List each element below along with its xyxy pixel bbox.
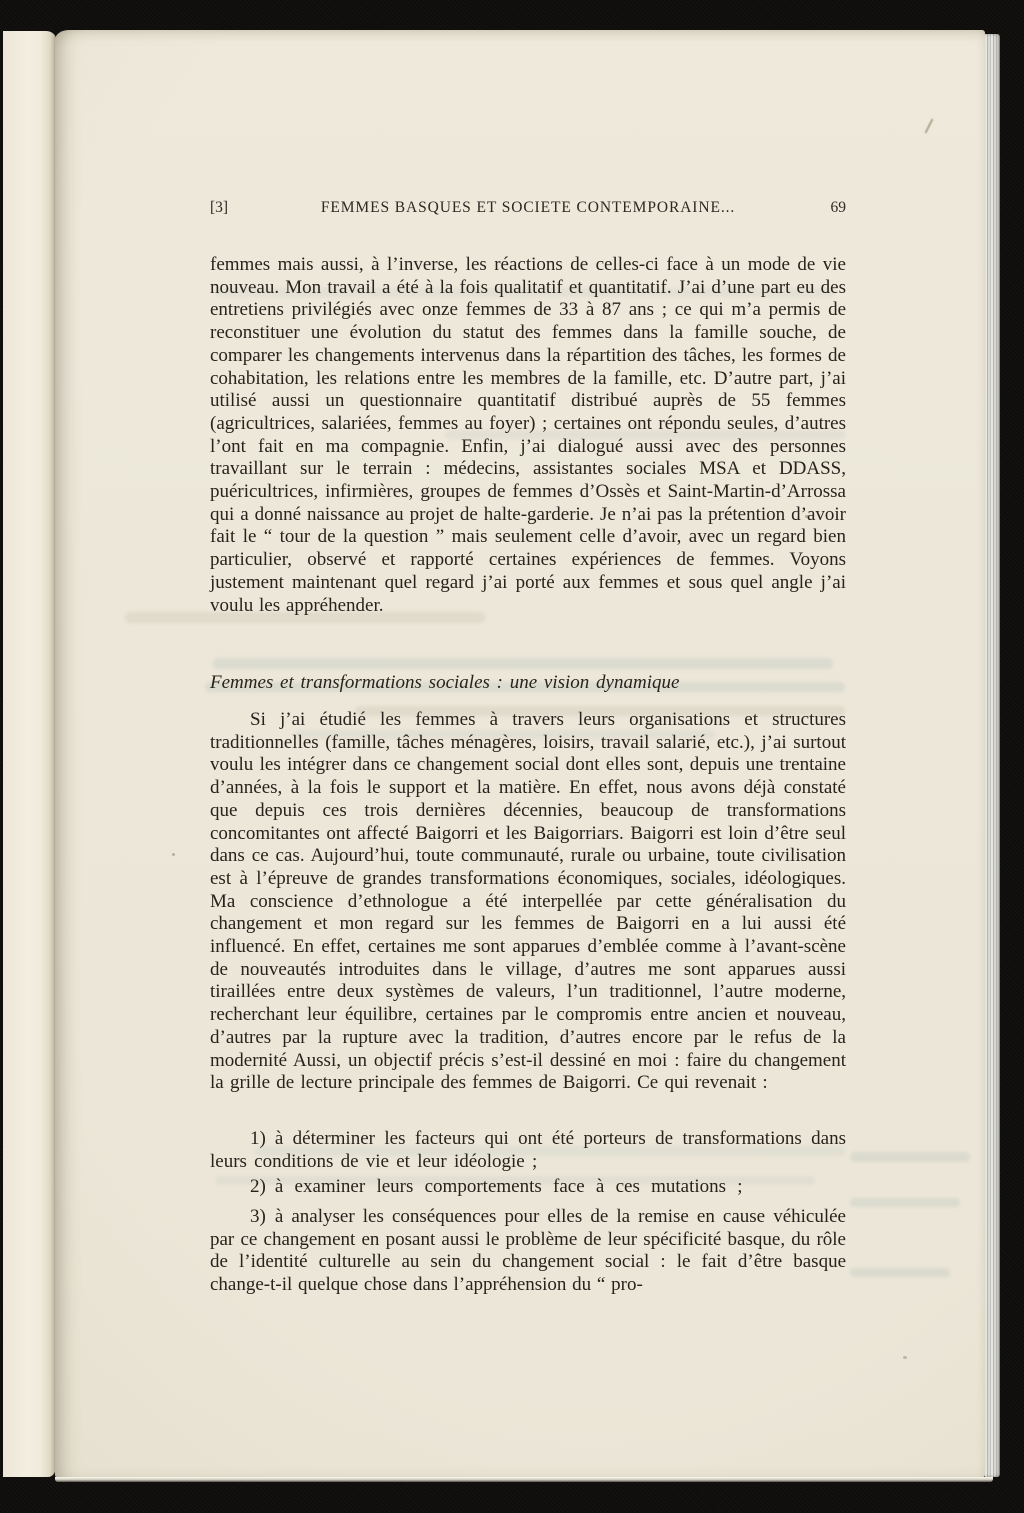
list-item-text: à analyser les conséquences pour elles d… — [210, 1206, 846, 1295]
body-paragraph-2: Si j’ai étudié les femmes à travers leur… — [210, 709, 846, 1095]
list-item-number: 2) — [250, 1176, 266, 1197]
book-page: [3] FEMMES BASQUES ET SOCIETE CONTEMPORA… — [55, 30, 985, 1477]
list-item-text: à examiner leurs comportements face à ce… — [275, 1176, 743, 1197]
hair-artifact — [924, 118, 933, 133]
dust-speck — [903, 1356, 907, 1359]
header-page-number: 69 — [831, 199, 847, 217]
page-bottom-edge — [55, 1477, 993, 1482]
section-heading: Femmes et transformations sociales : une… — [210, 672, 846, 695]
page-edge-stack — [985, 34, 1000, 1477]
previous-page-edge — [3, 31, 56, 1477]
list-item-text: à déterminer les facteurs qui ont été po… — [210, 1128, 846, 1172]
body-paragraph-1: femmes mais aussi, à l’inverse, les réac… — [210, 254, 846, 617]
list-item: 3)à analyser les conséquences pour elles… — [210, 1206, 846, 1297]
list-item: 2)à examiner leurs comportements face à … — [210, 1176, 846, 1199]
bleedthrough-smudge — [850, 1198, 960, 1207]
bleedthrough-smudge — [850, 1152, 970, 1162]
dust-speck — [172, 853, 175, 856]
header-title: FEMMES BASQUES ET SOCIETE CONTEMPORAINE.… — [210, 199, 846, 217]
scan-background: { "page": { "running_header": { "section… — [0, 0, 1024, 1513]
bleedthrough-smudge — [850, 1268, 950, 1277]
running-header: [3] FEMMES BASQUES ET SOCIETE CONTEMPORA… — [210, 199, 846, 219]
list-item-number: 1) — [250, 1128, 266, 1149]
list-item-number: 3) — [250, 1206, 266, 1227]
bleedthrough-smudge — [213, 658, 833, 669]
list-item: 1)à déterminer les facteurs qui ont été … — [210, 1128, 846, 1173]
